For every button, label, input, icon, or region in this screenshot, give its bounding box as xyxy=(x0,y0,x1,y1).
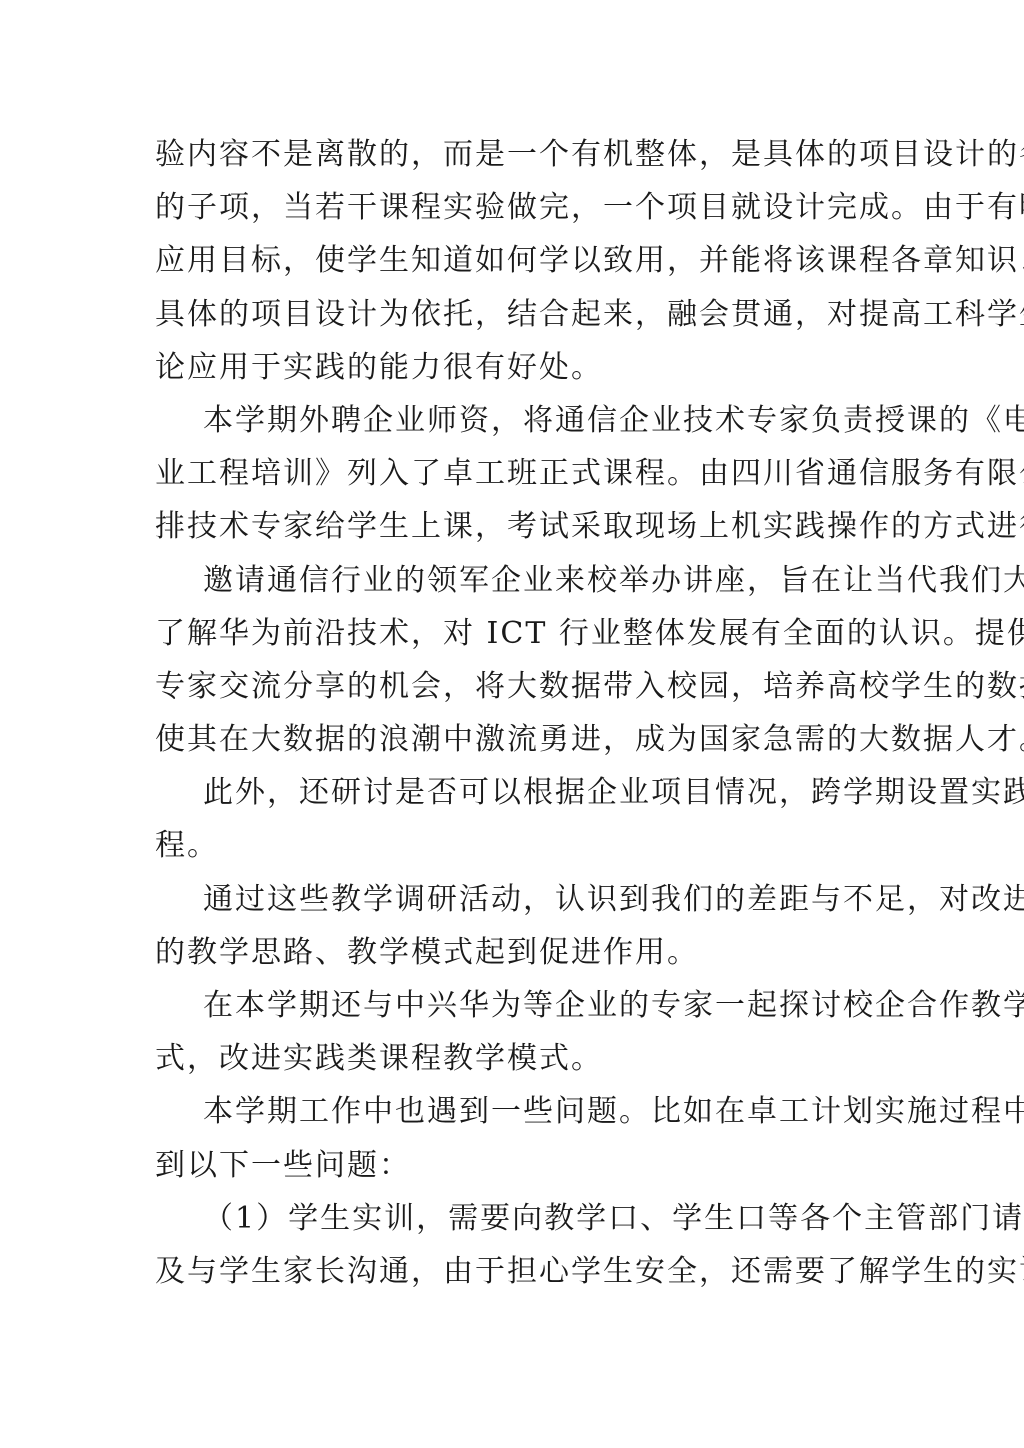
paragraph-start-line: 在本学期还与中兴华为等企业的专家一起探讨校企合作教学模 xyxy=(155,979,871,1032)
text-line: 程。 xyxy=(155,819,871,872)
paragraph-start-line: 此外，还研讨是否可以根据企业项目情况，跨学期设置实践类课 xyxy=(155,766,871,819)
paragraph-start-line: 本学期外聘企业师资，将通信企业技术专家负责授课的《电信企 xyxy=(155,394,871,447)
text-line: 的子项，当若干课程实验做完，一个项目就设计完成。由于有明确的 xyxy=(155,181,871,234)
text-line: 排技术专家给学生上课，考试采取现场上机实践操作的方式进行。 xyxy=(155,500,871,553)
text-line: 验内容不是离散的，而是一个有机整体，是具体的项目设计的各阶段 xyxy=(155,128,871,181)
text-line: 到以下一些问题： xyxy=(155,1139,871,1192)
text-line: 业工程培训》列入了卓工班正式课程。由四川省通信服务有限公司安 xyxy=(155,447,871,500)
text-line: 应用目标，使学生知道如何学以致用，并能将该课程各章知识以一个 xyxy=(155,234,871,287)
list-item-line: （1）学生实训，需要向教学口、学生口等各个主管部门请示以 xyxy=(155,1192,871,1245)
text-line: 了解华为前沿技术，对 ICT 行业整体发展有全面的认识。提供一个与 xyxy=(155,607,871,660)
paragraph-start-line: 邀请通信行业的领军企业来校举办讲座，旨在让当代我们大学生 xyxy=(155,554,871,607)
text-line: 及与学生家长沟通，由于担心学生安全，还需要了解学生的实训情况， xyxy=(155,1245,871,1298)
paragraph-start-line: 通过这些教学调研活动，认识到我们的差距与不足，对改进我们 xyxy=(155,873,871,926)
text-line: 的教学思路、教学模式起到促进作用。 xyxy=(155,926,871,979)
paragraph-start-line: 本学期工作中也遇到一些问题。比如在卓工计划实施过程中就遇 xyxy=(155,1085,871,1138)
text-line: 论应用于实践的能力很有好处。 xyxy=(155,341,871,394)
text-line: 具体的项目设计为依托，结合起来，融会贯通，对提高工科学生的理 xyxy=(155,288,871,341)
text-line: 式，改进实践类课程教学模式。 xyxy=(155,1032,871,1085)
text-line: 使其在大数据的浪潮中激流勇进，成为国家急需的大数据人才。 xyxy=(155,713,871,766)
text-line: 专家交流分享的机会，将大数据带入校园，培养高校学生的数据思维， xyxy=(155,660,871,713)
document-page: 验内容不是离散的，而是一个有机整体，是具体的项目设计的各阶段 的子项，当若干课程… xyxy=(155,128,871,1298)
